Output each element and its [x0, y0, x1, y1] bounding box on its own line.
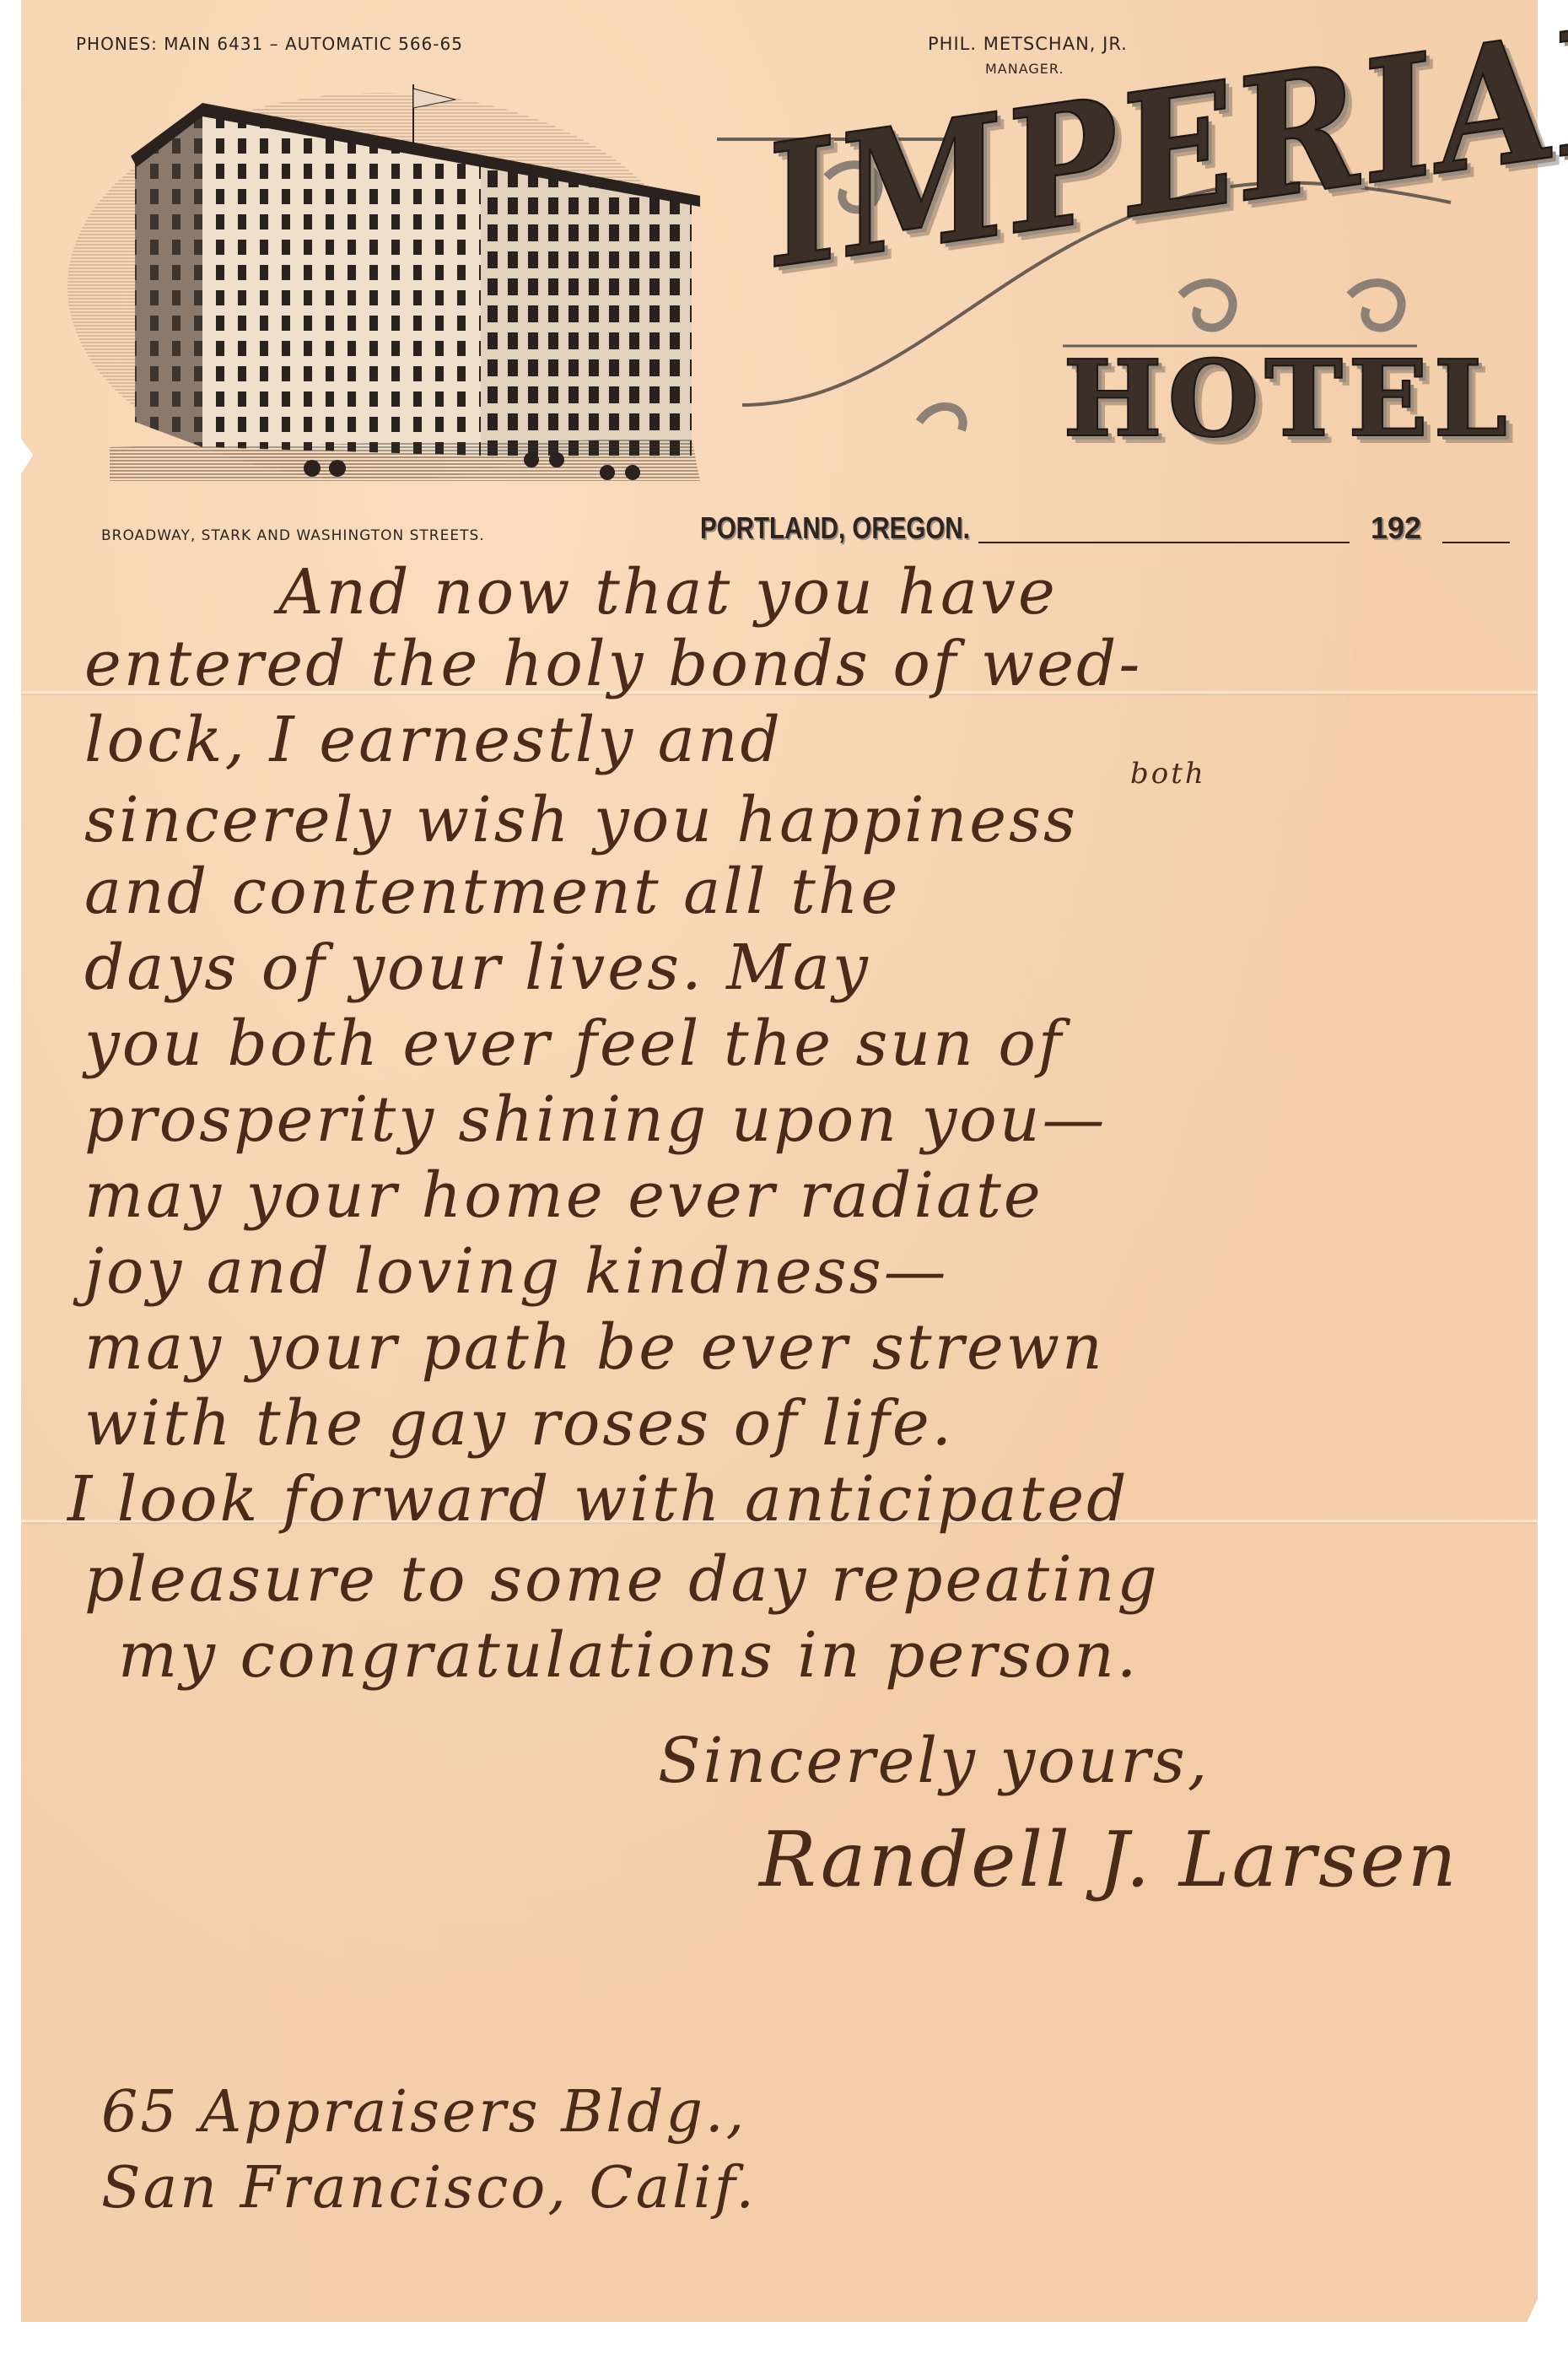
- date-rule: [978, 542, 1350, 543]
- letter-line: I look forward with anticipated: [67, 1468, 1129, 1531]
- year-rule: [1442, 542, 1510, 543]
- manager-name: PHIL. METSCHAN, JR.: [928, 34, 1128, 54]
- city-state: PORTLAND, OREGON.: [700, 510, 970, 546]
- letter-line: pleasure to some day repeating: [84, 1548, 1160, 1611]
- inserted-word: both: [1130, 759, 1206, 788]
- letter-line: days of your lives. May: [84, 937, 870, 999]
- hotel-logo: IMPERIAL HOTEL: [709, 127, 1518, 481]
- dateline: PORTLAND, OREGON. 192: [700, 510, 1510, 553]
- letter-line: joy and loving kindness—: [84, 1240, 949, 1303]
- return-address-line: San Francisco, Calif.: [101, 2160, 757, 2217]
- hotel-address: BROADWAY, STARK AND WASHINGTON STREETS.: [101, 527, 485, 544]
- year-prefix: 192: [1371, 510, 1421, 546]
- logo-hotel-text: HOTEL: [1063, 337, 1512, 461]
- letter-line: sincerely wish you happiness: [84, 789, 1078, 851]
- signature: Randell J. Larsen: [759, 1822, 1459, 1898]
- phone-numbers: PHONES: MAIN 6431 – AUTOMATIC 566-65: [76, 34, 463, 54]
- closing: Sincerely yours,: [658, 1730, 1210, 1792]
- letter-line: entered the holy bonds of wed-: [84, 633, 1142, 695]
- letter-line: you both ever feel the sun of: [84, 1012, 1064, 1075]
- letter-line: lock, I earnestly and: [84, 709, 783, 771]
- letter-line: prosperity shining upon you—: [84, 1088, 1107, 1151]
- letter-line: may your home ever radiate: [84, 1164, 1043, 1227]
- hotel-building-engraving: [59, 84, 700, 489]
- letter-line: may your path be ever strewn: [84, 1316, 1105, 1379]
- letter-line: with the gay roses of life.: [84, 1392, 954, 1455]
- letter-line: and contentment all the: [84, 861, 900, 923]
- letter-line: And now that you have: [278, 561, 1058, 624]
- return-address-line: 65 Appraisers Bldg.,: [101, 2084, 746, 2141]
- letter-line: my congratulations in person.: [118, 1624, 1139, 1687]
